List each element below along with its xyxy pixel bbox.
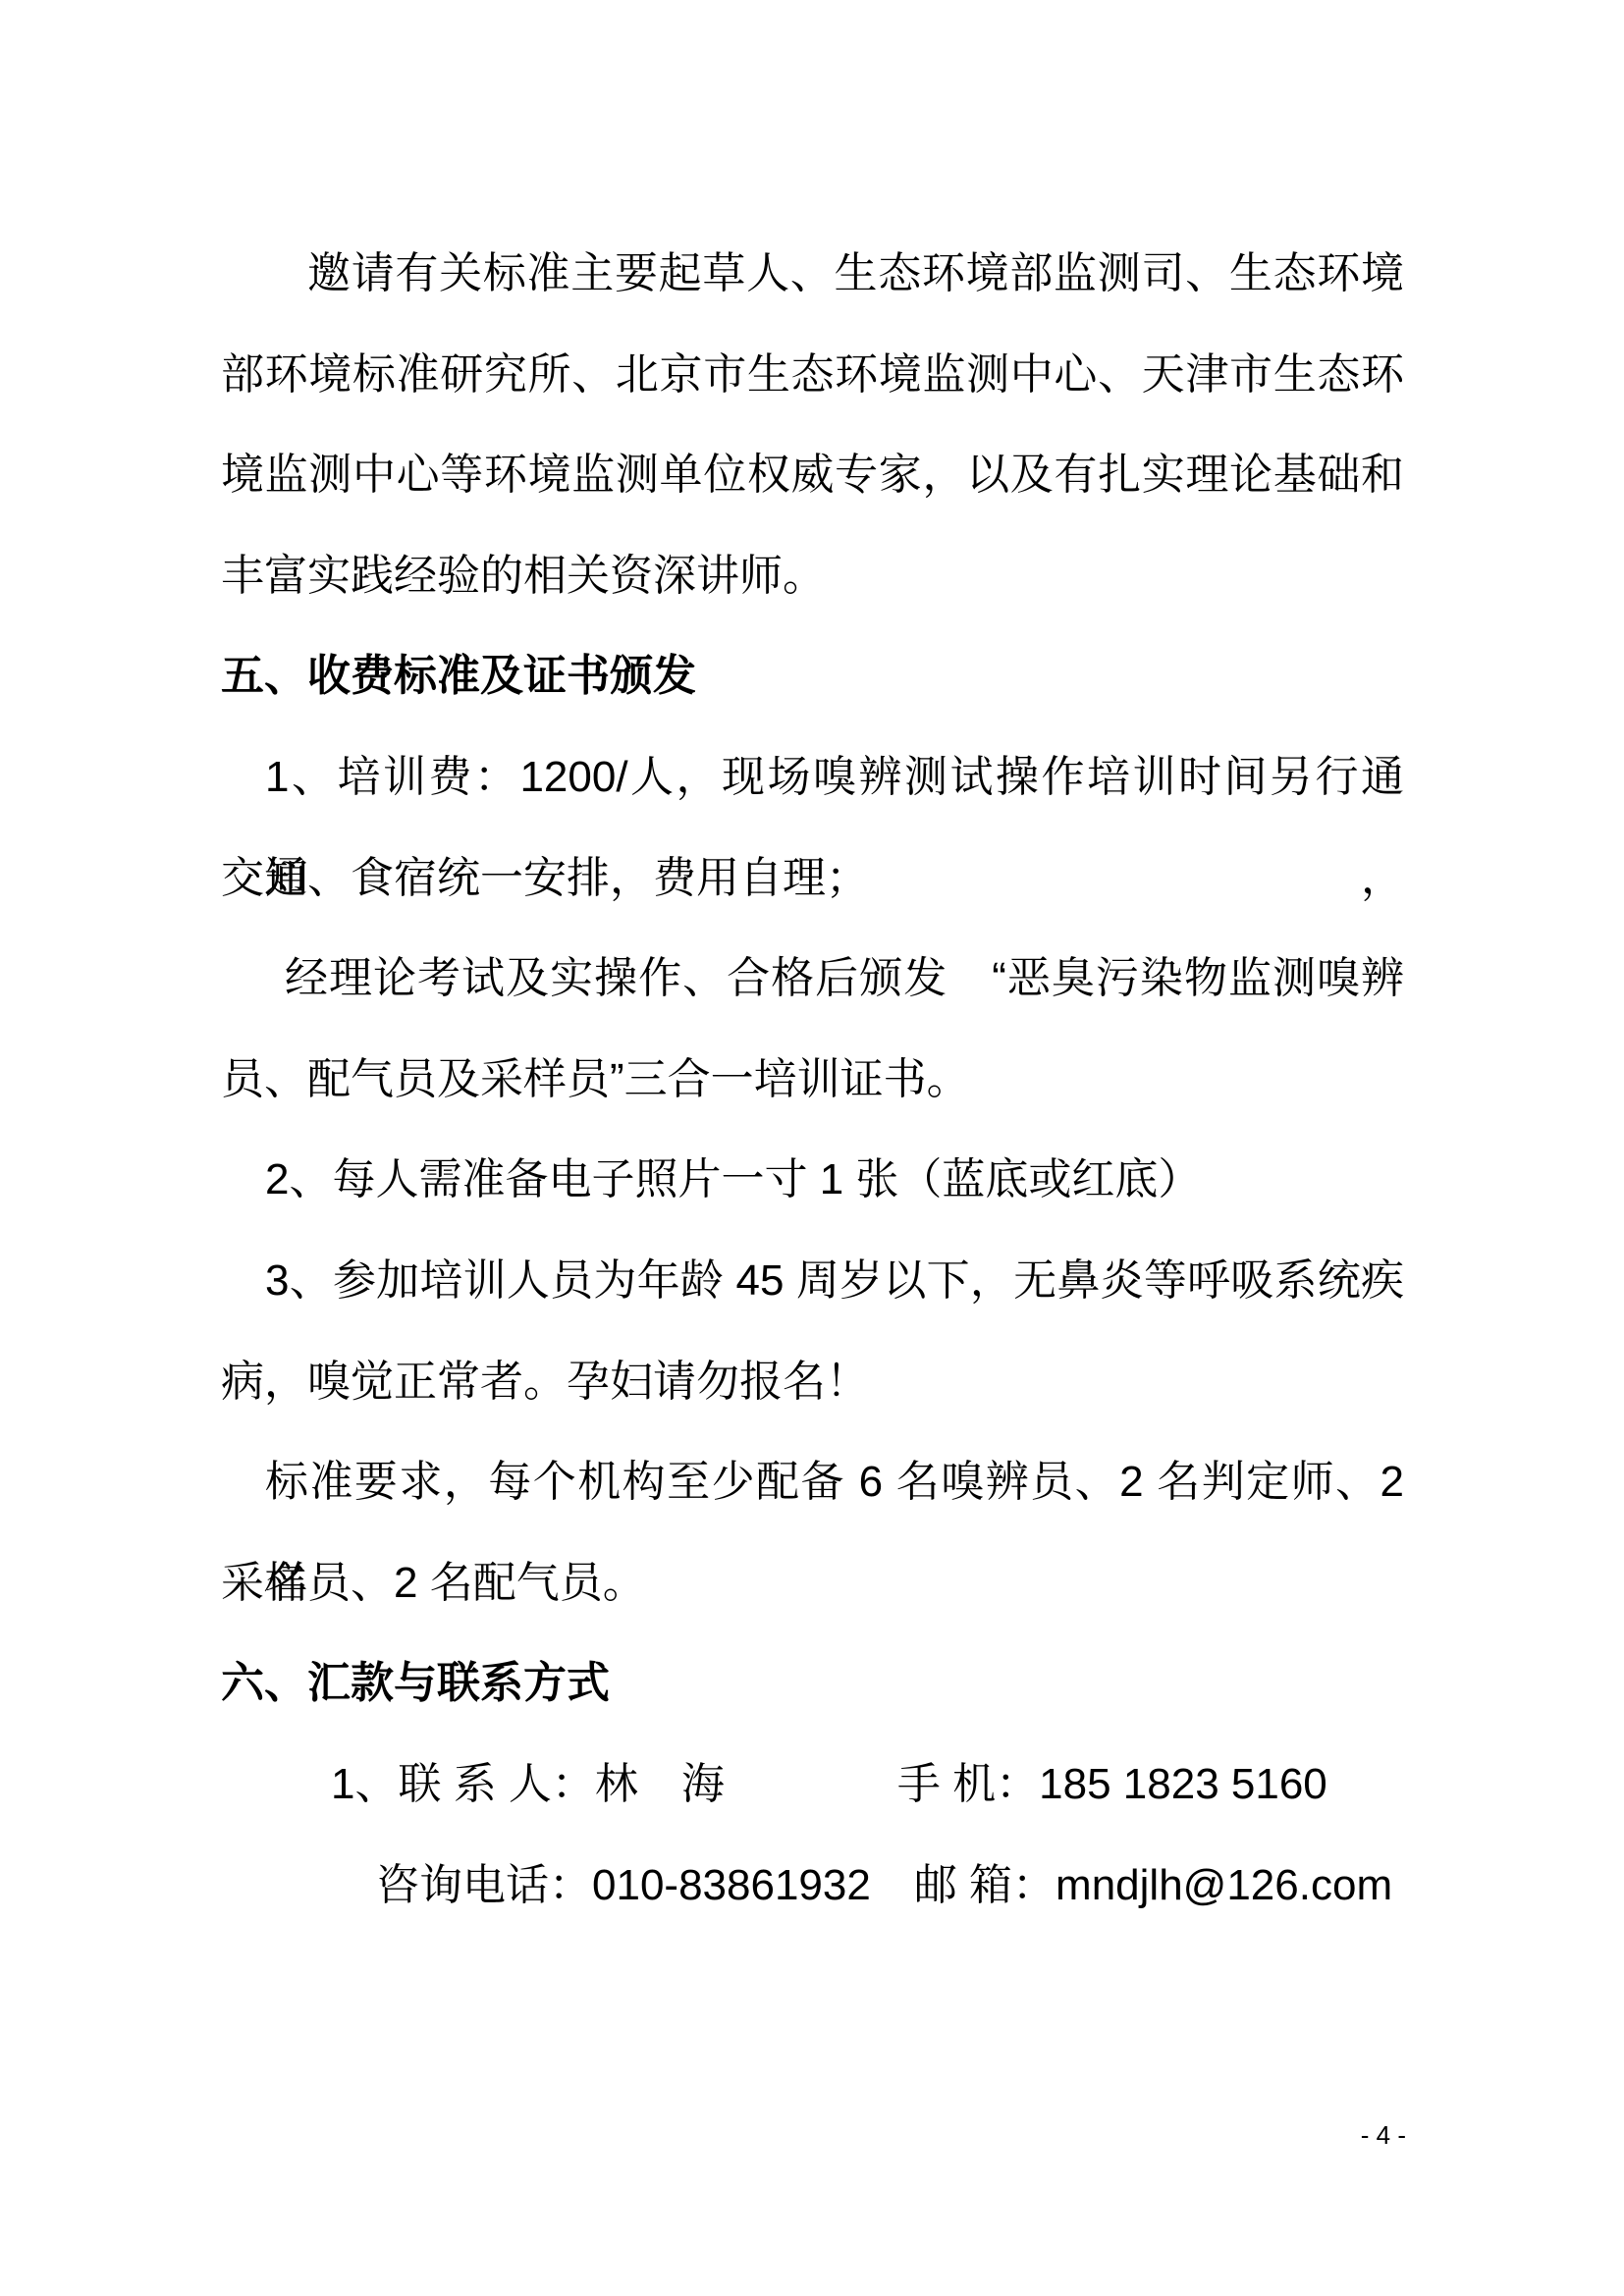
contact-person-line: 1、联 系 人：林 海 手 机：185 1823 5160 [221,1735,1404,1836]
section-heading-contact: 六、汇款与联系方式 [221,1633,1404,1735]
document-body: 邀请有关标准主要起草人、生态环境部监测司、生态环境 部环境标准研究所、北京市生态… [221,224,1404,1936]
paragraph-line: 部环境标准研究所、北京市生态环境监测中心、天津市生态环 [221,325,1404,426]
age-requirement-line: 3、参加培训人员为年龄 45 周岁以下，无鼻炎等呼吸系统疾 [221,1231,1404,1332]
staffing-standard-line: 采样员、2 名配气员。 [221,1533,1404,1634]
page-number: - 4 - [1361,2120,1406,2150]
paragraph-line: 境监测中心等环境监测单位权威专家，以及有扎实理论基础和 [221,425,1404,526]
document-page: { "page": { "background_color": "#ffffff… [0,0,1624,2296]
fee-item-line: 1、培训费：1200/人，现场嗅辨测试操作培训时间另行通知， [221,727,1404,828]
contact-phone-email-line: 咨询电话：010-83861932 邮 箱：mndjlh@126.com [221,1836,1404,1937]
certificate-line: 员、配气员及采样员”三合一培训证书。 [221,1030,1404,1131]
age-requirement-line: 病，嗅觉正常者。孕妇请勿报名！ [221,1332,1404,1433]
certificate-line: 经理论考试及实操作、合格后颁发 “恶臭污染物监测嗅辨 [221,929,1404,1030]
photo-requirement-line: 2、每人需准备电子照片一寸 1 张（蓝底或红底） [221,1130,1404,1231]
section-heading-fees: 五、收费标准及证书颁发 [221,626,1404,727]
staffing-standard-line: 标准要求，每个机构至少配备 6 名嗅辨员、2 名判定师、2 名 [221,1432,1404,1533]
paragraph-line: 邀请有关标准主要起草人、生态环境部监测司、生态环境 [221,224,1404,325]
paragraph-line: 丰富实践经验的相关资深讲师。 [221,526,1404,627]
